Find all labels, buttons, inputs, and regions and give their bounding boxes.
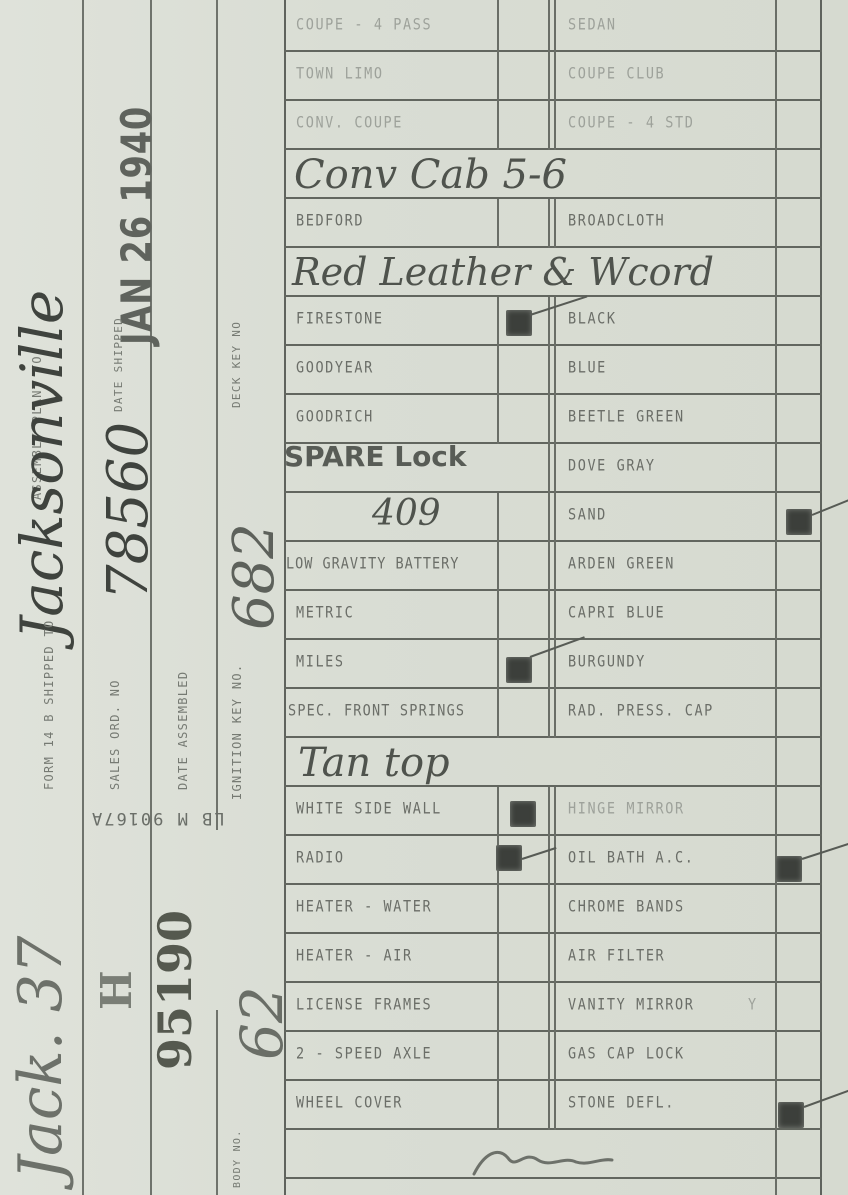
- col-line-check-left: [497, 493, 499, 738]
- deck-key-value: 682: [222, 523, 287, 630]
- col-line-divider-a: [548, 199, 550, 248]
- row-heater-air: HEATER - AIR AIR FILTER: [284, 934, 822, 983]
- row-body-town: TOWN LIMO COUPE CLUB: [284, 52, 822, 101]
- checkmark-stone-defl: [778, 1102, 804, 1128]
- row-whitewall: WHITE SIDE WALL HINGE MIRROR: [284, 787, 822, 836]
- checkmark-sand: [786, 509, 812, 535]
- date-shipped-label: DATE SHIPPED: [112, 317, 126, 412]
- handwritten-trim: Red Leather & Wcord: [292, 250, 714, 294]
- shipped-to-value: Jack. 37: [6, 936, 76, 1180]
- option-label: MILES: [296, 653, 345, 671]
- row-body-conv: CONV. COUPE COUPE - 4 STD: [284, 101, 822, 150]
- col-line-divider-a: [548, 787, 550, 1130]
- col-line-check-left: [497, 297, 499, 444]
- col-line-divider-b: [554, 787, 556, 1130]
- row-firestone: FIRESTONE BLACK: [284, 297, 822, 346]
- option-label: VANITY MIRROR: [568, 996, 694, 1014]
- option-label: BROADCLOTH: [568, 212, 665, 230]
- col-line-divider-a: [548, 297, 550, 738]
- option-label: BEETLE GREEN: [568, 408, 685, 426]
- option-label: CAPRI BLUE: [568, 604, 665, 622]
- handwritten-body-type: Conv Cab 5-6: [294, 152, 567, 198]
- option-label: RAD. PRESS. CAP: [568, 702, 714, 720]
- row-license: LICENSE FRAMES VANITY MIRROR Y: [284, 983, 822, 1032]
- checkmark-firestone: [506, 310, 532, 336]
- col-line-divider-b: [554, 0, 556, 150]
- options-grid: COUPE - 4 PASS SEDAN TOWN LIMO COUPE CLU…: [284, 0, 822, 1195]
- option-label: COUPE - 4 STD: [568, 114, 694, 132]
- option-label: DOVE GRAY: [568, 457, 656, 475]
- body-number: 95190: [148, 910, 202, 1070]
- option-label: GOODRICH: [296, 408, 374, 426]
- row-springs: SPEC. FRONT SPRINGS RAD. PRESS. CAP: [284, 689, 822, 738]
- row-battery: LOW GRAVITY BATTERY ARDEN GREEN: [284, 542, 822, 591]
- row-metric: METRIC CAPRI BLUE: [284, 591, 822, 640]
- option-label: AIR FILTER: [568, 947, 665, 965]
- checkmark-miles: [506, 657, 532, 683]
- date-assembled-label: DATE ASSEMBLED: [176, 671, 190, 790]
- row-radio: RADIO OIL BATH A.C.: [284, 836, 822, 885]
- option-label: COUPE - 4 PASS: [296, 16, 432, 34]
- row-sand: 409 SAND: [284, 493, 822, 542]
- left-rule-3: [216, 0, 218, 830]
- col-line-divider-b: [554, 199, 556, 248]
- sales-order-label: SALES ORD. NO: [108, 679, 122, 790]
- option-label: CHROME BANDS: [568, 898, 685, 916]
- row-spare-lock: SPARE Lock DOVE GRAY: [284, 444, 822, 493]
- checkmark-radio: [496, 845, 522, 871]
- col-line-check-right: [775, 0, 777, 1195]
- handwritten-top: Tan top: [298, 740, 450, 786]
- form-shipped-to-label: FORM 14 B SHIPPED TO: [42, 620, 56, 791]
- option-label: ARDEN GREEN: [568, 555, 675, 573]
- option-label: HEATER - WATER: [296, 898, 432, 916]
- row-axle: 2 - SPEED AXLE GAS CAP LOCK: [284, 1032, 822, 1081]
- option-label: SPEC. FRONT SPRINGS: [288, 702, 465, 720]
- row-goodyear: GOODYEAR BLUE: [284, 346, 822, 395]
- left-rule-1: [82, 0, 84, 1195]
- row-upholstery: BEDFORD BROADCLOTH: [284, 199, 822, 248]
- option-label: FIRESTONE: [296, 310, 384, 328]
- option-label: SAND: [568, 506, 607, 524]
- upside-down-stamp: LB M 90167A: [90, 808, 225, 828]
- option-label: BLACK: [568, 310, 617, 328]
- option-label: WHITE SIDE WALL: [296, 800, 442, 818]
- option-label: METRIC: [296, 604, 354, 622]
- ignition-key-label: IGNITION KEY NO.: [230, 664, 244, 800]
- option-label: CONV. COUPE: [296, 114, 403, 132]
- model-letter: H: [92, 970, 141, 1010]
- date-shipped-stamp: JAN 26 1940: [112, 106, 161, 345]
- row-wheel-cover: WHEEL COVER STONE DEFL.: [284, 1081, 822, 1130]
- option-label: HEATER - AIR: [296, 947, 413, 965]
- option-label: HINGE MIRROR: [568, 800, 685, 818]
- option-note: Y: [748, 996, 758, 1014]
- row-handwritten-body: Conv Cab 5-6: [284, 150, 822, 199]
- row-handwritten-trim: Red Leather & Wcord: [284, 248, 822, 297]
- sales-order-value: 78560: [96, 422, 161, 600]
- option-label: 2 - SPEED AXLE: [296, 1045, 432, 1063]
- option-label: LOW GRAVITY BATTERY: [286, 555, 459, 573]
- row-body-coupe4: COUPE - 4 PASS SEDAN: [284, 3, 822, 52]
- paper-card: ASSEMBLY PLANT TO Jacksonville FORM 14 B…: [0, 0, 848, 1195]
- row-signature: [284, 1130, 822, 1179]
- option-label: RADIO: [296, 849, 345, 867]
- deck-key-label: DECK KEY NO: [230, 321, 244, 408]
- checkmark-whitewall: [510, 801, 536, 827]
- option-label: STONE DEFL.: [568, 1094, 675, 1112]
- body-label: BODY NO.: [232, 1129, 243, 1188]
- option-label: GOODYEAR: [296, 359, 374, 377]
- option-label: LICENSE FRAMES: [296, 996, 432, 1014]
- assembly-plant-value: Jacksonville: [8, 290, 76, 640]
- option-label: TOWN LIMO: [296, 65, 384, 83]
- col-line-divider-a: [548, 0, 550, 150]
- col-line-divider-b: [554, 297, 556, 738]
- col-line-check-left: [497, 199, 499, 248]
- option-label: BURGUNDY: [568, 653, 646, 671]
- row-goodrich: GOODRICH BEETLE GREEN: [284, 395, 822, 444]
- option-label: GAS CAP LOCK: [568, 1045, 685, 1063]
- row-heater-water: HEATER - WATER CHROME BANDS: [284, 885, 822, 934]
- col-line-check-left: [497, 787, 499, 1130]
- option-label: BLUE: [568, 359, 607, 377]
- handwritten-spare-lock: SPARE Lock: [284, 440, 467, 473]
- option-label: SEDAN: [568, 16, 617, 34]
- option-label: WHEEL COVER: [296, 1094, 403, 1112]
- checkmark-oil-bath: [776, 856, 802, 882]
- option-label: COUPE CLUB: [568, 65, 665, 83]
- option-label: OIL BATH A.C.: [568, 849, 694, 867]
- row-handwritten-top: Tan top: [284, 738, 822, 787]
- col-line-check-left: [497, 0, 499, 150]
- signature-scrawl: [464, 1136, 624, 1180]
- option-label: BEDFORD: [296, 212, 364, 230]
- handwritten-lock-number: 409: [372, 493, 441, 534]
- left-rule-3b: [216, 1010, 218, 1195]
